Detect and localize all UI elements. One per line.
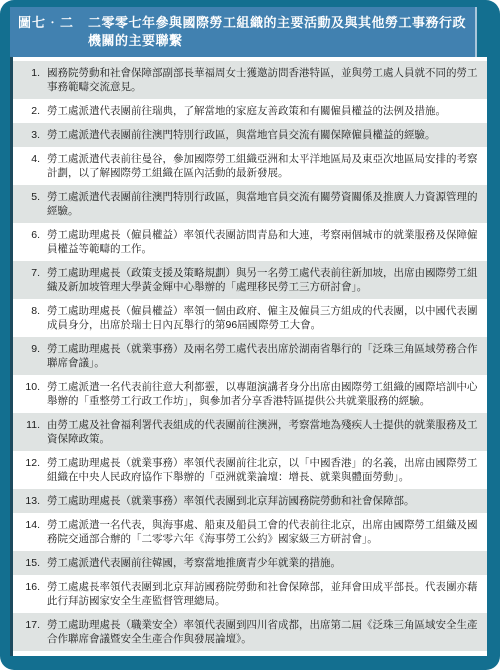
item-text: 國務院勞動和社會保障部副部長華福周女士獲邀訪問香港特區，並與勞工處人員就不同的勞… bbox=[47, 66, 481, 94]
list-item: 2.勞工處派遣代表團前往瑞典，了解當地的家庭友善政策和有關僱員權益的法例及措施。 bbox=[13, 99, 487, 123]
item-number: 16. bbox=[13, 580, 40, 594]
list-item: 17.勞工處助理處長（職業安全）率領代表團到四川省成都，出席第二屆《泛珠三角區域… bbox=[13, 613, 487, 651]
list-item: 9.勞工處助理處長（就業事務）及兩名勞工處代表出席於湖南省舉行的「泛珠三角區域勞… bbox=[13, 337, 487, 375]
item-text: 勞工處派遣代表前往曼谷，參加國際勞工組織亞洲和太平洋地區局及東亞次地區局安排的考… bbox=[47, 152, 481, 180]
item-text: 勞工處派遣一名代表，與海事處、船東及船員工會的代表前往北京，出席由國際勞工組織及… bbox=[47, 518, 481, 546]
figure-page: 圖七‧二 二零零七年參與國際勞工組織的主要活動及與其他勞工事務行政機關的主要聯繫… bbox=[0, 0, 500, 670]
item-number: 3. bbox=[13, 128, 40, 142]
list-item: 14.勞工處派遣一名代表，與海事處、船東及船員工會的代表前往北京，出席由國際勞工… bbox=[13, 513, 487, 551]
item-number: 12. bbox=[13, 456, 40, 470]
item-text: 勞工處派遣代表團前往澳門特別行政區，與當地官員交流有關勞資關係及推廣人力資源管理… bbox=[47, 190, 481, 218]
item-number: 15. bbox=[13, 556, 40, 570]
item-number: 10. bbox=[13, 380, 40, 394]
item-number: 8. bbox=[13, 304, 40, 318]
item-number: 14. bbox=[13, 518, 40, 532]
item-text: 勞工處助理處長（就業事務）率領代表團到北京拜訪國務院勞動和社會保障部。 bbox=[47, 494, 481, 508]
item-text: 勞工處助理處長（職業安全）率領代表團到四川省成都，出席第二屆《泛珠三角區域安全生… bbox=[47, 618, 481, 646]
item-text: 勞工處處長率領代表團到北京拜訪國務院勞動和社會保障部，並拜會田成平部長。代表團亦… bbox=[47, 580, 481, 608]
list-item: 13.勞工處助理處長（就業事務）率領代表團到北京拜訪國務院勞動和社會保障部。 bbox=[13, 489, 487, 513]
item-text: 勞工處派遣代表團前往澳門特別行政區，與當地官員交流有關保障僱員權益的經驗。 bbox=[47, 128, 481, 142]
item-text: 勞工處助理處長（僱員權益）率領代表團訪問青島和大連，考察兩個城市的就業服務及保障… bbox=[47, 228, 481, 256]
item-number: 17. bbox=[13, 618, 40, 632]
item-number: 5. bbox=[13, 190, 40, 204]
item-text: 勞工處助理處長（僱員權益）率領一個由政府、僱主及僱員三方組成的代表團，以中國代表… bbox=[47, 304, 481, 332]
item-number: 13. bbox=[13, 494, 40, 508]
item-text: 由勞工處及社會福利署代表組成的代表團前往澳洲，考察當地為殘疾人士提供的就業服務及… bbox=[47, 418, 481, 446]
list-item: 16.勞工處處長率領代表團到北京拜訪國務院勞動和社會保障部，並拜會田成平部長。代… bbox=[13, 575, 487, 613]
list-item: 7.勞工處助理處長（政策支援及策略規劃）與另一名勞工處代表前往新加坡，出席由國際… bbox=[13, 261, 487, 299]
items-panel: 1.國務院勞動和社會保障部副部長華福周女士獲邀訪問香港特區，並與勞工處人員就不同… bbox=[13, 57, 487, 656]
item-number: 2. bbox=[13, 104, 40, 118]
item-number: 9. bbox=[13, 342, 40, 356]
item-number: 11. bbox=[13, 418, 40, 432]
list-item: 11.由勞工處及社會福利署代表組成的代表團前往澳洲，考察當地為殘疾人士提供的就業… bbox=[13, 413, 487, 451]
list-item: 3.勞工處派遣代表團前往澳門特別行政區，與當地官員交流有關保障僱員權益的經驗。 bbox=[13, 123, 487, 147]
item-number: 6. bbox=[13, 228, 40, 242]
item-text: 勞工處派遣代表團前往韓國，考察當地推廣青少年就業的措施。 bbox=[47, 556, 481, 570]
figure-title-bar: 圖七‧二 二零零七年參與國際勞工組織的主要活動及與其他勞工事務行政機關的主要聯繫 bbox=[10, 7, 477, 57]
list-item: 4.勞工處派遣代表前往曼谷，參加國際勞工組織亞洲和太平洋地區局及東亞次地區局安排… bbox=[13, 147, 487, 185]
item-number: 4. bbox=[13, 152, 40, 166]
figure-number-label: 圖七‧二 bbox=[18, 14, 74, 32]
item-text: 勞工處助理處長（就業事務）及兩名勞工處代表出席於湖南省舉行的「泛珠三角區域勞務合… bbox=[47, 342, 481, 370]
item-text: 勞工處助理處長（政策支援及策略規劃）與另一名勞工處代表前往新加坡，出席由國際勞工… bbox=[47, 266, 481, 294]
list-item: 12.勞工處助理處長（就業事務）率領代表團前往北京，以「中國香港」的名義，出席由… bbox=[13, 451, 487, 489]
item-number: 7. bbox=[13, 266, 40, 280]
list-item: 10.勞工處派遣一名代表前往意大利都靈，以專題演講者身分出席由國際勞工組織的國際… bbox=[13, 375, 487, 413]
list-item: 5.勞工處派遣代表團前往澳門特別行政區，與當地官員交流有關勞資關係及推廣人力資源… bbox=[13, 185, 487, 223]
list-item: 15.勞工處派遣代表團前往韓國，考察當地推廣青少年就業的措施。 bbox=[13, 551, 487, 575]
list-item: 1.國務院勞動和社會保障部副部長華福周女士獲邀訪問香港特區，並與勞工處人員就不同… bbox=[13, 61, 487, 99]
item-number: 1. bbox=[13, 66, 40, 80]
item-text: 勞工處派遣代表團前往瑞典，了解當地的家庭友善政策和有關僱員權益的法例及措施。 bbox=[47, 104, 481, 118]
list-item: 6.勞工處助理處長（僱員權益）率領代表團訪問青島和大連，考察兩個城市的就業服務及… bbox=[13, 223, 487, 261]
list-item: 8.勞工處助理處長（僱員權益）率領一個由政府、僱主及僱員三方組成的代表團，以中國… bbox=[13, 299, 487, 337]
figure-title: 二零零七年參與國際勞工組織的主要活動及與其他勞工事務行政機關的主要聯繫 bbox=[88, 14, 469, 50]
item-text: 勞工處助理處長（就業事務）率領代表團前往北京，以「中國香港」的名義，出席由國際勞… bbox=[47, 456, 481, 484]
item-text: 勞工處派遣一名代表前往意大利都靈，以專題演講者身分出席由國際勞工組織的國際培訓中… bbox=[47, 380, 481, 408]
